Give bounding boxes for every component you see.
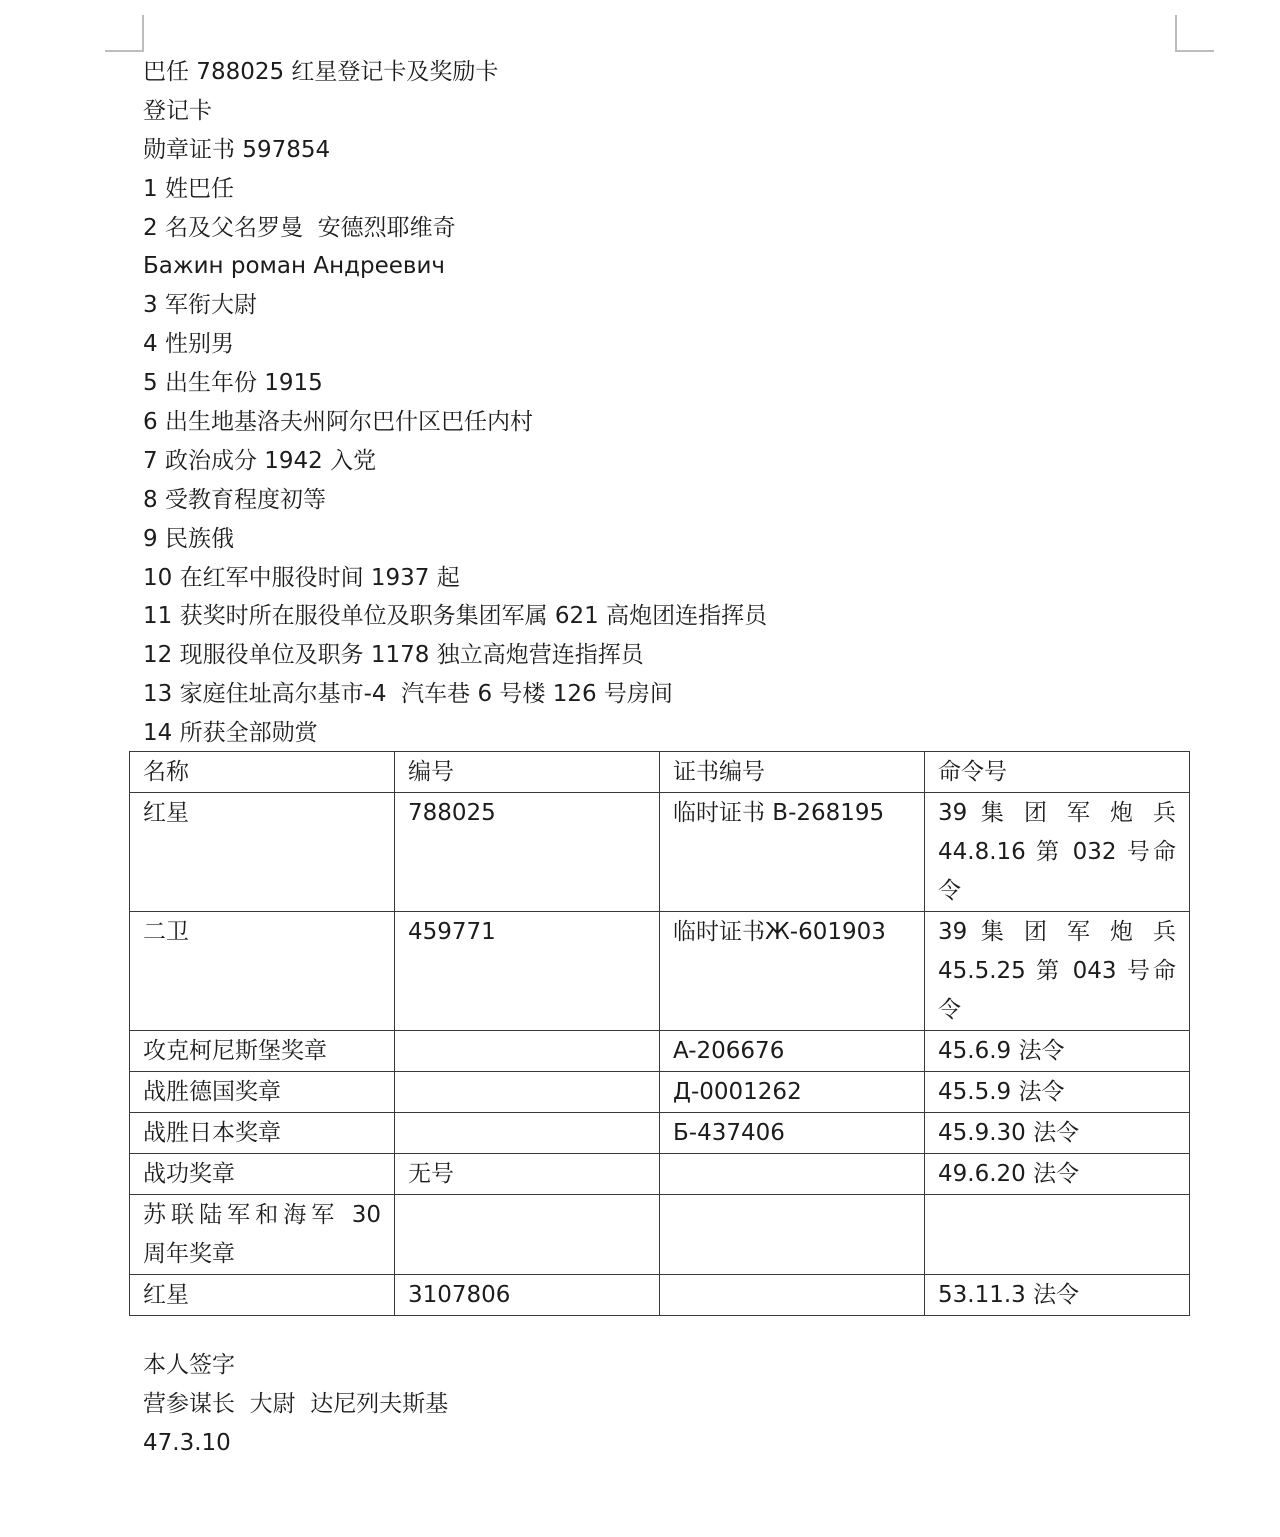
field-education: 8 受教育程度初等 (143, 481, 767, 520)
cell-order-number: 39 集 团 军 炮 兵 44.8.16 第 032 号命 令 (925, 793, 1190, 912)
registration-card-fields: 巴任 788025 红星登记卡及奖励卡 登记卡 勋章证书 597854 1 姓巴… (143, 53, 767, 753)
order-line: 39 集 团 军 炮 兵 (938, 794, 1176, 833)
field-all-awards-label: 14 所获全部勋赏 (143, 714, 767, 753)
cell-award-name: 攻克柯尼斯堡奖章 (130, 1031, 395, 1072)
table-row: 红星 3107806 53.11.3 法令 (130, 1275, 1190, 1316)
signature-label: 本人签字 (143, 1346, 448, 1385)
cell-certificate-number: 临时证书Ж-601903 (660, 912, 925, 1031)
signature-block: 本人签字 营参谋长 大尉 达尼列夫斯基 47.3.10 (143, 1346, 448, 1463)
cell-award-name: 战胜日本奖章 (130, 1113, 395, 1154)
field-birth-year: 5 出生年份 1915 (143, 364, 767, 403)
cell-award-number (395, 1195, 660, 1275)
table-row: 红星 788025 临时证书 B-268195 39 集 团 军 炮 兵 44.… (130, 793, 1190, 912)
cell-certificate-number: 临时证书 B-268195 (660, 793, 925, 912)
table-row: 战胜日本奖章 Б-437406 45.9.30 法令 (130, 1113, 1190, 1154)
cell-award-name: 苏联陆军和海军 30 周年奖章 (130, 1195, 395, 1275)
cell-award-name: 战功奖章 (130, 1154, 395, 1195)
order-line: 45.5.25 第 043 号命 (938, 952, 1176, 991)
field-unit-at-award: 11 获奖时所在服役单位及职务集团军属 621 高炮团连指挥员 (143, 597, 767, 636)
cell-order-number: 53.11.3 法令 (925, 1275, 1190, 1316)
field-sex: 4 性别男 (143, 325, 767, 364)
page-corner-mark-right (1175, 15, 1214, 52)
cell-award-number (395, 1113, 660, 1154)
cell-order-number (925, 1195, 1190, 1275)
cell-award-number: 788025 (395, 793, 660, 912)
order-line: 令 (938, 872, 1176, 911)
field-name-patronymic: 2 名及父名罗曼 安德烈耶维奇 (143, 209, 767, 248)
field-home-address: 13 家庭住址高尔基市-4 汽车巷 6 号楼 126 号房间 (143, 675, 767, 714)
cell-certificate-number (660, 1154, 925, 1195)
cell-award-number: 无号 (395, 1154, 660, 1195)
table-row: 战功奖章 无号 49.6.20 法令 (130, 1154, 1190, 1195)
field-rank: 3 军衔大尉 (143, 286, 767, 325)
cell-certificate-number (660, 1195, 925, 1275)
header-name: 名称 (130, 752, 395, 793)
table-header-row: 名称 编号 证书编号 命令号 (130, 752, 1190, 793)
field-birthplace: 6 出生地基洛夫州阿尔巴什区巴任内村 (143, 403, 767, 442)
order-line: 令 (938, 991, 1176, 1030)
cell-certificate-number: Б-437406 (660, 1113, 925, 1154)
field-name-russian: Бажин роман Андреевич (143, 247, 767, 286)
signature-date: 47.3.10 (143, 1424, 448, 1463)
order-line: 44.8.16 第 032 号命 (938, 833, 1176, 872)
cell-award-number (395, 1072, 660, 1113)
cell-award-name: 二卫 (130, 912, 395, 1031)
header-certificate-number: 证书编号 (660, 752, 925, 793)
field-party: 7 政治成分 1942 入党 (143, 442, 767, 481)
table-row: 苏联陆军和海军 30 周年奖章 (130, 1195, 1190, 1275)
field-service-start: 10 在红军中服役时间 1937 起 (143, 559, 767, 598)
awards-table: 名称 编号 证书编号 命令号 红星 788025 临时证书 B-268195 3… (129, 751, 1190, 1316)
card-subtitle: 登记卡 (143, 92, 767, 131)
cell-order-number: 49.6.20 法令 (925, 1154, 1190, 1195)
cell-award-name: 红星 (130, 1275, 395, 1316)
certificate-number: 勋章证书 597854 (143, 131, 767, 170)
cell-award-name: 红星 (130, 793, 395, 912)
cell-order-number: 45.9.30 法令 (925, 1113, 1190, 1154)
award-name-line: 周年奖章 (143, 1235, 381, 1274)
page-corner-mark-left (105, 15, 144, 52)
field-current-unit: 12 现服役单位及职务 1178 独立高炮营连指挥员 (143, 636, 767, 675)
cell-certificate-number: Д-0001262 (660, 1072, 925, 1113)
cell-certificate-number (660, 1275, 925, 1316)
field-nationality: 9 民族俄 (143, 520, 767, 559)
header-number: 编号 (395, 752, 660, 793)
cell-award-number: 459771 (395, 912, 660, 1031)
cell-award-name: 战胜德国奖章 (130, 1072, 395, 1113)
cell-award-number (395, 1031, 660, 1072)
table-row: 二卫 459771 临时证书Ж-601903 39 集 团 军 炮 兵 45.5… (130, 912, 1190, 1031)
cell-order-number: 45.5.9 法令 (925, 1072, 1190, 1113)
cell-order-number: 39 集 团 军 炮 兵 45.5.25 第 043 号命 令 (925, 912, 1190, 1031)
cell-order-number: 45.6.9 法令 (925, 1031, 1190, 1072)
header-order-number: 命令号 (925, 752, 1190, 793)
cell-certificate-number: A-206676 (660, 1031, 925, 1072)
field-surname: 1 姓巴任 (143, 170, 767, 209)
table-row: 战胜德国奖章 Д-0001262 45.5.9 法令 (130, 1072, 1190, 1113)
cell-award-number: 3107806 (395, 1275, 660, 1316)
table-row: 攻克柯尼斯堡奖章 A-206676 45.6.9 法令 (130, 1031, 1190, 1072)
order-line: 39 集 团 军 炮 兵 (938, 913, 1176, 952)
award-name-line: 苏联陆军和海军 30 (143, 1196, 381, 1235)
document-title: 巴任 788025 红星登记卡及奖励卡 (143, 53, 767, 92)
signatory: 营参谋长 大尉 达尼列夫斯基 (143, 1385, 448, 1424)
